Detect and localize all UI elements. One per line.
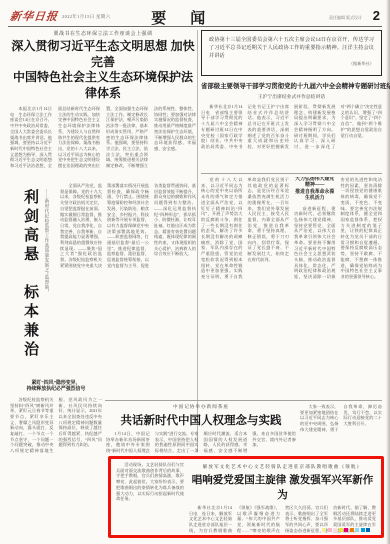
headline-line-2: 中国特色社会主义生态环境保护法律体系	[10, 70, 196, 101]
body-paragraph: 大家一致表示，要更加紧密地团结在以习近平同志为核心的党中央周围，弘扬伟大建党精神…	[300, 404, 382, 433]
brief-credit: （据新华社）	[209, 61, 374, 67]
body-paragraph: 新华社北京1月14日电 省部级主要领导干部学习贯彻党的十九届六中全会精神专题研讨…	[201, 104, 382, 150]
article-discipline-headline-block: 利剑高悬 标本兼治 ——新时代纪检监察工作高质量发展之“监督篇”	[10, 183, 60, 375]
article-human-rights: 中国记协举办新闻茶座 共话新时代中国人权理念与实践 1月14日，中国记协举办新年…	[106, 404, 296, 455]
masthead-logo: 新华日报	[9, 8, 59, 24]
vertical-headline: 利剑高悬 标本兼治	[20, 189, 41, 365]
brief-text: 政协第十三届全国委员会第六十五次主席会议14日在京召开，传达学习了习近平总书记近…	[209, 36, 374, 60]
page-header: 新华日报 2022年1月15日 星期六 要闻 责任编辑 版式设计 2	[10, 7, 380, 25]
brief-box: 政协第十三届全国委员会第六十五次主席会议14日在京召开，传达学习了习近平总书记近…	[201, 30, 382, 76]
article-ecology: 栗战书在生态环保立法工作座谈会上强调 深入贯彻习近平生态文明思想 加快完善 中国…	[10, 30, 196, 202]
date-line: 2022年1月15日 星期六	[62, 14, 110, 20]
subhead-line-2: 推进自我革命永葆生机活力	[294, 190, 336, 203]
article-self-revolution-continuation: 大家一致表示，要更加紧密地团结在以习近平同志为核心的党中央周围，弘扬伟大建党精神…	[300, 404, 382, 452]
registration-mark	[366, 528, 370, 532]
registration-mark	[333, 528, 337, 532]
body-paragraph: 活动现场，文艺轻骑队员们与官兵面对面交流歌曲创作背后的故事，手把手教唱，官兵们热…	[116, 462, 184, 502]
article-self-revolution: 党的十八大以来，以习近平同志为核心的党中央以前所未有的勇气和定力推进全面从严治党…	[201, 177, 382, 399]
registration-mark	[328, 528, 332, 532]
registration-mark	[322, 528, 326, 532]
article-discipline-body-top: 全面从严治党，监督是保障。党的十九大以来，各级纪检监察机关坚守政治机关定位，自觉…	[60, 183, 196, 375]
registration-mark	[350, 528, 354, 532]
article-discipline-subhead: 紧盯“四风”隐形变异， 持续释放执纪必严强烈信号	[10, 381, 102, 394]
registration-mark	[361, 528, 365, 532]
article-seminar-headline: 省部级主要领导干部学习贯彻党的十九届六中全会精神专题研讨班结业	[201, 81, 382, 90]
page-number: 2	[373, 8, 380, 23]
subhead-line-2: 持续释放执纪必严强烈信号	[10, 387, 102, 393]
body-paragraph: 全面从严治党，监督是保障。党的十九大以来，各级纪检监察机关坚守政治机关定位，自觉…	[60, 183, 196, 269]
article-self-revolution-subhead: 大力弘扬伟大建党精神—— 推进自我革命永葆生机活力	[294, 177, 336, 203]
page-edge-shadow	[386, 0, 390, 544]
article-seminar: 省部级主要领导干部学习贯彻党的十九届六中全会精神专题研讨班结业 王沪宁出席结业式…	[201, 81, 382, 162]
color-registration-marks	[322, 528, 370, 532]
article-ecology-headline: 深入贯彻习近平生态文明思想 加快完善 中国特色社会主义生态环境保护法律体系	[10, 39, 196, 101]
article-army-song-left-column: 活动现场，文艺轻骑队员们与官兵面对面交流歌曲创作背后的故事，手把手教唱，官兵们热…	[116, 462, 184, 532]
article-human-rights-body: 1月14日，中国记协举办新年首场新闻茶座，邀请中外专家围绕“新时代中国人权理念与…	[106, 431, 296, 455]
article-human-rights-headline: 共话新时代中国人权理念与实践	[106, 412, 296, 428]
headline-line-1: 深入贯彻习近平生态文明思想 加快完善	[10, 39, 196, 70]
annotation-highlight-box: 活动现场，文艺轻骑队员们与官兵面对面交流歌曲创作背后的故事，手把手教唱，官兵们热…	[108, 456, 384, 538]
registration-mark	[339, 528, 343, 532]
section-title: 要闻	[151, 7, 229, 28]
article-army-song-headline: 唱响爱党爱国主旋律 激发强军兴军新作为	[189, 472, 376, 502]
newspaper-page: 新华日报 2022年1月15日 星期六 要闻 责任编辑 版式设计 2 栗战书在生…	[0, 0, 390, 544]
body-paragraph: 各级纪检监察机关坚持纠“四风”树新风并举，紧盯元旦春节等重要节点，紧盯享乐主义、…	[10, 397, 102, 454]
middle-divider	[105, 400, 382, 401]
center-column-divider	[197, 30, 198, 452]
body-paragraph: 1月14日，中国记协举办新年首场新闻茶座，邀请中外专家围绕“新时代中国人权理念与…	[106, 431, 296, 454]
article-human-rights-kicker: 中国记协举办新闻茶座	[106, 404, 296, 410]
registration-mark	[344, 528, 348, 532]
edition-info: 责任编辑 版式设计	[329, 15, 362, 21]
article-discipline: 利剑高悬 标本兼治 ——新时代纪检监察工作高质量发展之“监督篇” 全面从严治党，…	[10, 183, 196, 375]
body-paragraph: 本报北京1月14日电 生态环保立法工作座谈会14日在京召开，中共中央政治局常委、…	[10, 106, 196, 169]
article-army-song-body: 新华社北京1月14日电 连日来，解放军文化艺术中心文艺轻骑队走进驻京部队基层一线…	[189, 505, 376, 543]
article-army-song: 解放军文化艺术中心文艺轻骑队走进驻京部队教唱歌曲《领航》 唱响爱党爱国主旋律 激…	[189, 462, 376, 532]
article-discipline-body-bottom: 各级纪检监察机关坚持纠“四风”树新风并举，紧盯元旦春节等重要节点，紧盯享乐主义、…	[10, 397, 102, 536]
article-ecology-kicker: 栗战书在生态环保立法工作座谈会上强调	[10, 30, 196, 37]
article-seminar-body: 新华社北京1月14日电 省部级主要领导干部学习贯彻党的十九届六中全会精神专题研讨…	[201, 104, 382, 162]
registration-mark	[355, 528, 359, 532]
vertical-subtitle: ——新时代纪检监察工作高质量发展之“监督篇”	[44, 189, 50, 339]
body-paragraph: 党的十八大以来，以习近平同志为核心的党中央以前所未有的勇气和定力推进全面从严治党…	[201, 177, 289, 280]
article-army-song-kicker: 解放军文化艺术中心文艺轻骑队走进驻京部队教唱歌曲《领航》	[189, 464, 376, 470]
article-seminar-subhead: 王沪宁出席结业式并作总结讲话	[201, 93, 382, 100]
article-discipline-bottom: 紧盯“四风”隐形变异， 持续释放执纪必严强烈信号 各级纪检监察机关坚持纠“四风”…	[10, 378, 102, 536]
subhead-line-1: 大力弘扬伟大建党精神——	[294, 177, 336, 190]
right-column-divider	[201, 173, 382, 174]
header-divider	[8, 26, 382, 27]
